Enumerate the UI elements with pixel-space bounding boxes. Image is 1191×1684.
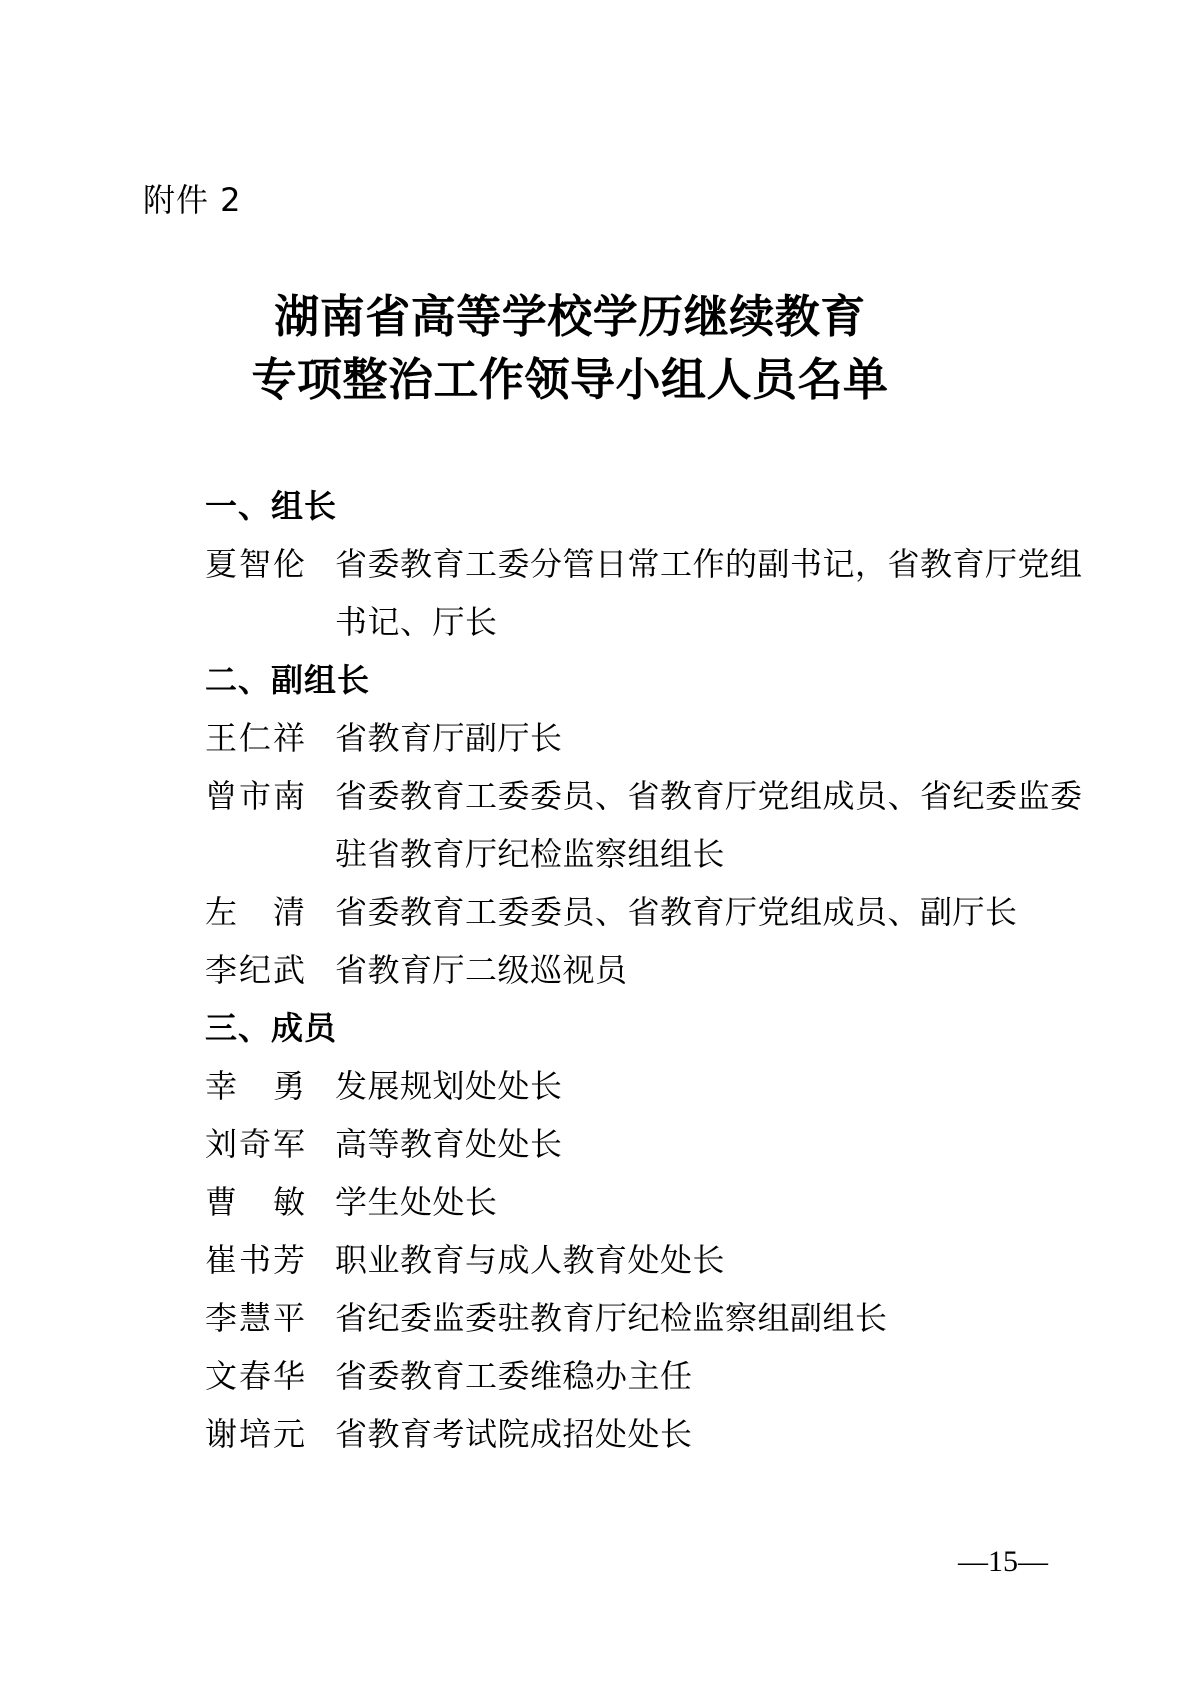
member-duty: 书记、厅长 [335, 604, 498, 640]
member-row-continuation: 驻省教育厅纪检监察组组长 [205, 825, 1105, 883]
document-title-line1: 湖南省高等学校学历继续教育 [0, 286, 1140, 349]
attachment-label: 附件 2 [143, 182, 242, 218]
member-name: 曾市南 [205, 767, 335, 825]
member-row: 刘奇军高等教育处处长 [205, 1115, 1105, 1173]
document-title: 湖南省高等学校学历继续教育 专项整治工作领导小组人员名单 [0, 286, 1140, 412]
member-name: 曹 敏 [205, 1173, 335, 1231]
member-duty: 省纪委监委驻教育厅纪检监察组副组长 [335, 1300, 888, 1336]
member-row: 曹 敏学生处处长 [205, 1173, 1105, 1231]
section-heading: 三、成员 [205, 999, 1105, 1057]
roster: 一、组长夏智伦省委教育工委分管日常工作的副书记，省教育厅党组书记、厅长二、副组长… [205, 477, 1105, 1463]
member-duty: 省教育厅二级巡视员 [335, 952, 628, 988]
page-number: —15— [958, 1544, 1048, 1580]
member-duty: 省委教育工委委员、省教育厅党组成员、省纪委监委 [335, 778, 1083, 814]
member-row: 李纪武省教育厅二级巡视员 [205, 941, 1105, 999]
document-page: 附件 2 湖南省高等学校学历继续教育 专项整治工作领导小组人员名单 一、组长夏智… [0, 0, 1191, 1684]
member-name: 谢培元 [205, 1405, 335, 1463]
member-row: 夏智伦省委教育工委分管日常工作的副书记，省教育厅党组 [205, 535, 1105, 593]
document-title-line2: 专项整治工作领导小组人员名单 [0, 349, 1140, 412]
member-row: 谢培元省教育考试院成招处处长 [205, 1405, 1105, 1463]
member-row: 左 清省委教育工委委员、省教育厅党组成员、副厅长 [205, 883, 1105, 941]
member-duty: 省教育厅副厅长 [335, 720, 563, 756]
member-name: 刘奇军 [205, 1115, 335, 1173]
member-duty: 驻省教育厅纪检监察组组长 [335, 836, 725, 872]
member-name: 夏智伦 [205, 535, 335, 593]
member-name: 王仁祥 [205, 709, 335, 767]
member-duty: 发展规划处处长 [335, 1068, 563, 1104]
member-duty: 高等教育处处长 [335, 1126, 563, 1162]
member-row: 王仁祥省教育厅副厅长 [205, 709, 1105, 767]
member-row: 幸 勇发展规划处处长 [205, 1057, 1105, 1115]
member-duty: 省委教育工委分管日常工作的副书记，省教育厅党组 [335, 546, 1083, 582]
member-row: 文春华省委教育工委维稳办主任 [205, 1347, 1105, 1405]
member-name: 崔书芳 [205, 1231, 335, 1289]
member-name: 左 清 [205, 883, 335, 941]
member-row: 崔书芳职业教育与成人教育处处长 [205, 1231, 1105, 1289]
member-duty: 省委教育工委委员、省教育厅党组成员、副厅长 [335, 894, 1018, 930]
member-duty: 职业教育与成人教育处处长 [335, 1242, 725, 1278]
member-row: 李慧平省纪委监委驻教育厅纪检监察组副组长 [205, 1289, 1105, 1347]
member-name: 幸 勇 [205, 1057, 335, 1115]
member-name: 文春华 [205, 1347, 335, 1405]
member-duty: 省教育考试院成招处处长 [335, 1416, 693, 1452]
member-row: 曾市南省委教育工委委员、省教育厅党组成员、省纪委监委 [205, 767, 1105, 825]
section-heading: 一、组长 [205, 477, 1105, 535]
member-row-continuation: 书记、厅长 [205, 593, 1105, 651]
member-name: 李慧平 [205, 1289, 335, 1347]
section-heading: 二、副组长 [205, 651, 1105, 709]
member-name: 李纪武 [205, 941, 335, 999]
member-duty: 省委教育工委维稳办主任 [335, 1358, 693, 1394]
member-duty: 学生处处长 [335, 1184, 498, 1220]
